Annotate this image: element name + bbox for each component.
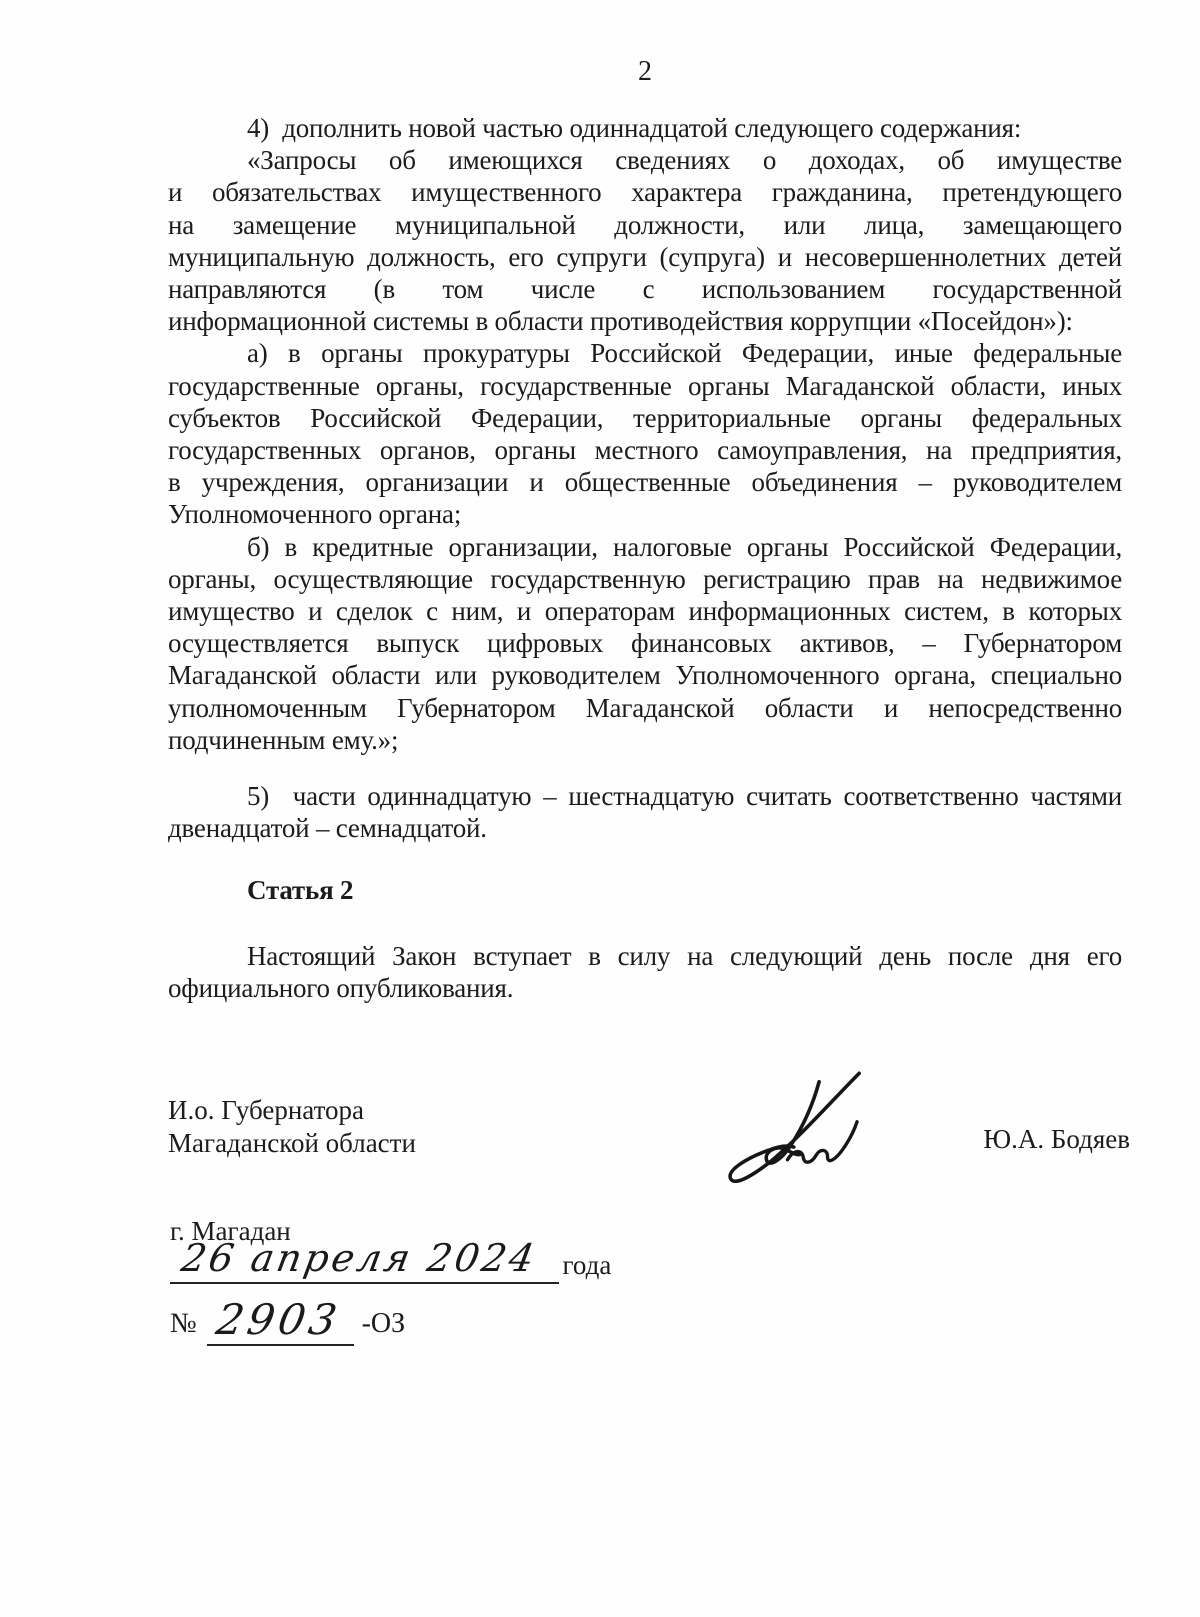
text-line: органы, осуществляющие государственную р… [168,563,1122,595]
text-line: информационной системы в области противо… [168,305,1122,337]
number-underline: 2903 [207,1296,354,1346]
text-line: государственных органов, органы местного… [168,434,1122,466]
law-number-row: №2903-ОЗ [170,1296,405,1346]
signatory-position: И.о. Губернатора Магаданской области [168,1094,416,1159]
paragraph-subitem-a: а) в органы прокуратуры Российской Федер… [168,337,1122,530]
article-2-heading: Статья 2 [168,874,1122,906]
text-line: муниципальную должность, его супруги (су… [168,241,1122,273]
handwritten-date: 26 апреля 2024 [178,1236,540,1280]
signing-date-row: 26 апреля 2024года [170,1236,611,1284]
handwritten-number: 2903 [212,1296,343,1344]
number-suffix-label: -ОЗ [362,1308,406,1346]
document-body: 4) дополнить новой частью одиннадцатой с… [168,112,1122,1004]
paragraph-subitem-b: б) в кредитные организации, налоговые ор… [168,531,1122,756]
signatory-position-line: Магаданской области [168,1127,416,1160]
text-line: подчиненным ему.»; [168,724,1122,756]
text-line: Настоящий Закон вступает в силу на следу… [168,940,1122,972]
text-line: субъектов Российской Федерации, территор… [168,402,1122,434]
text-line: и обязательствах имущественного характер… [168,176,1122,208]
text-line: «Запросы об имеющихся сведениях о дохода… [168,144,1122,176]
page-number: 2 [168,56,1122,88]
text-line: уполномоченным Губернатором Магаданской … [168,692,1122,724]
text-line: Уполномоченного органа; [168,498,1122,530]
text-line: имущество и сделок с ним, и операторам и… [168,595,1122,627]
text-line: 4) дополнить новой частью одиннадцатой с… [168,112,1122,144]
text-line: официального опубликования. [168,972,1122,1004]
paragraph-quote-intro: «Запросы об имеющихся сведениях о дохода… [168,144,1122,337]
text-line: 5) части одиннадцатую – шестнадцатую счи… [168,780,1122,812]
text-line: направляются (в том числе с использовани… [168,273,1122,305]
signature-icon [718,1062,876,1190]
date-suffix-label: года [563,1250,612,1284]
signatory-position-line: И.о. Губернатора [168,1094,416,1127]
paragraph-item-4: 4) дополнить новой частью одиннадцатой с… [168,112,1122,144]
text-line: а) в органы прокуратуры Российской Федер… [168,337,1122,369]
text-line: в учреждения, организации и общественные… [168,466,1122,498]
text-line: двенадцатой – семнадцатой. [168,812,1122,844]
paragraph-entry-into-force: Настоящий Закон вступает в силу на следу… [168,940,1122,1004]
paragraph-item-5: 5) части одиннадцатую – шестнадцатую счи… [168,780,1122,844]
text-line: осуществляется выпуск цифровых финансовы… [168,627,1122,659]
text-line: б) в кредитные организации, налоговые ор… [168,531,1122,563]
number-sign: № [170,1308,197,1346]
signatory-name: Ю.А. Бодяев [983,1124,1130,1155]
text-line: на замещение муниципальной должности, ил… [168,209,1122,241]
document-page: 2 4) дополнить новой частью одиннадцатой… [0,0,1200,1617]
text-line: государственные органы, государственные … [168,370,1122,402]
text-line: Магаданской области или руководителем Уп… [168,659,1122,691]
date-underline: 26 апреля 2024 [170,1236,559,1284]
